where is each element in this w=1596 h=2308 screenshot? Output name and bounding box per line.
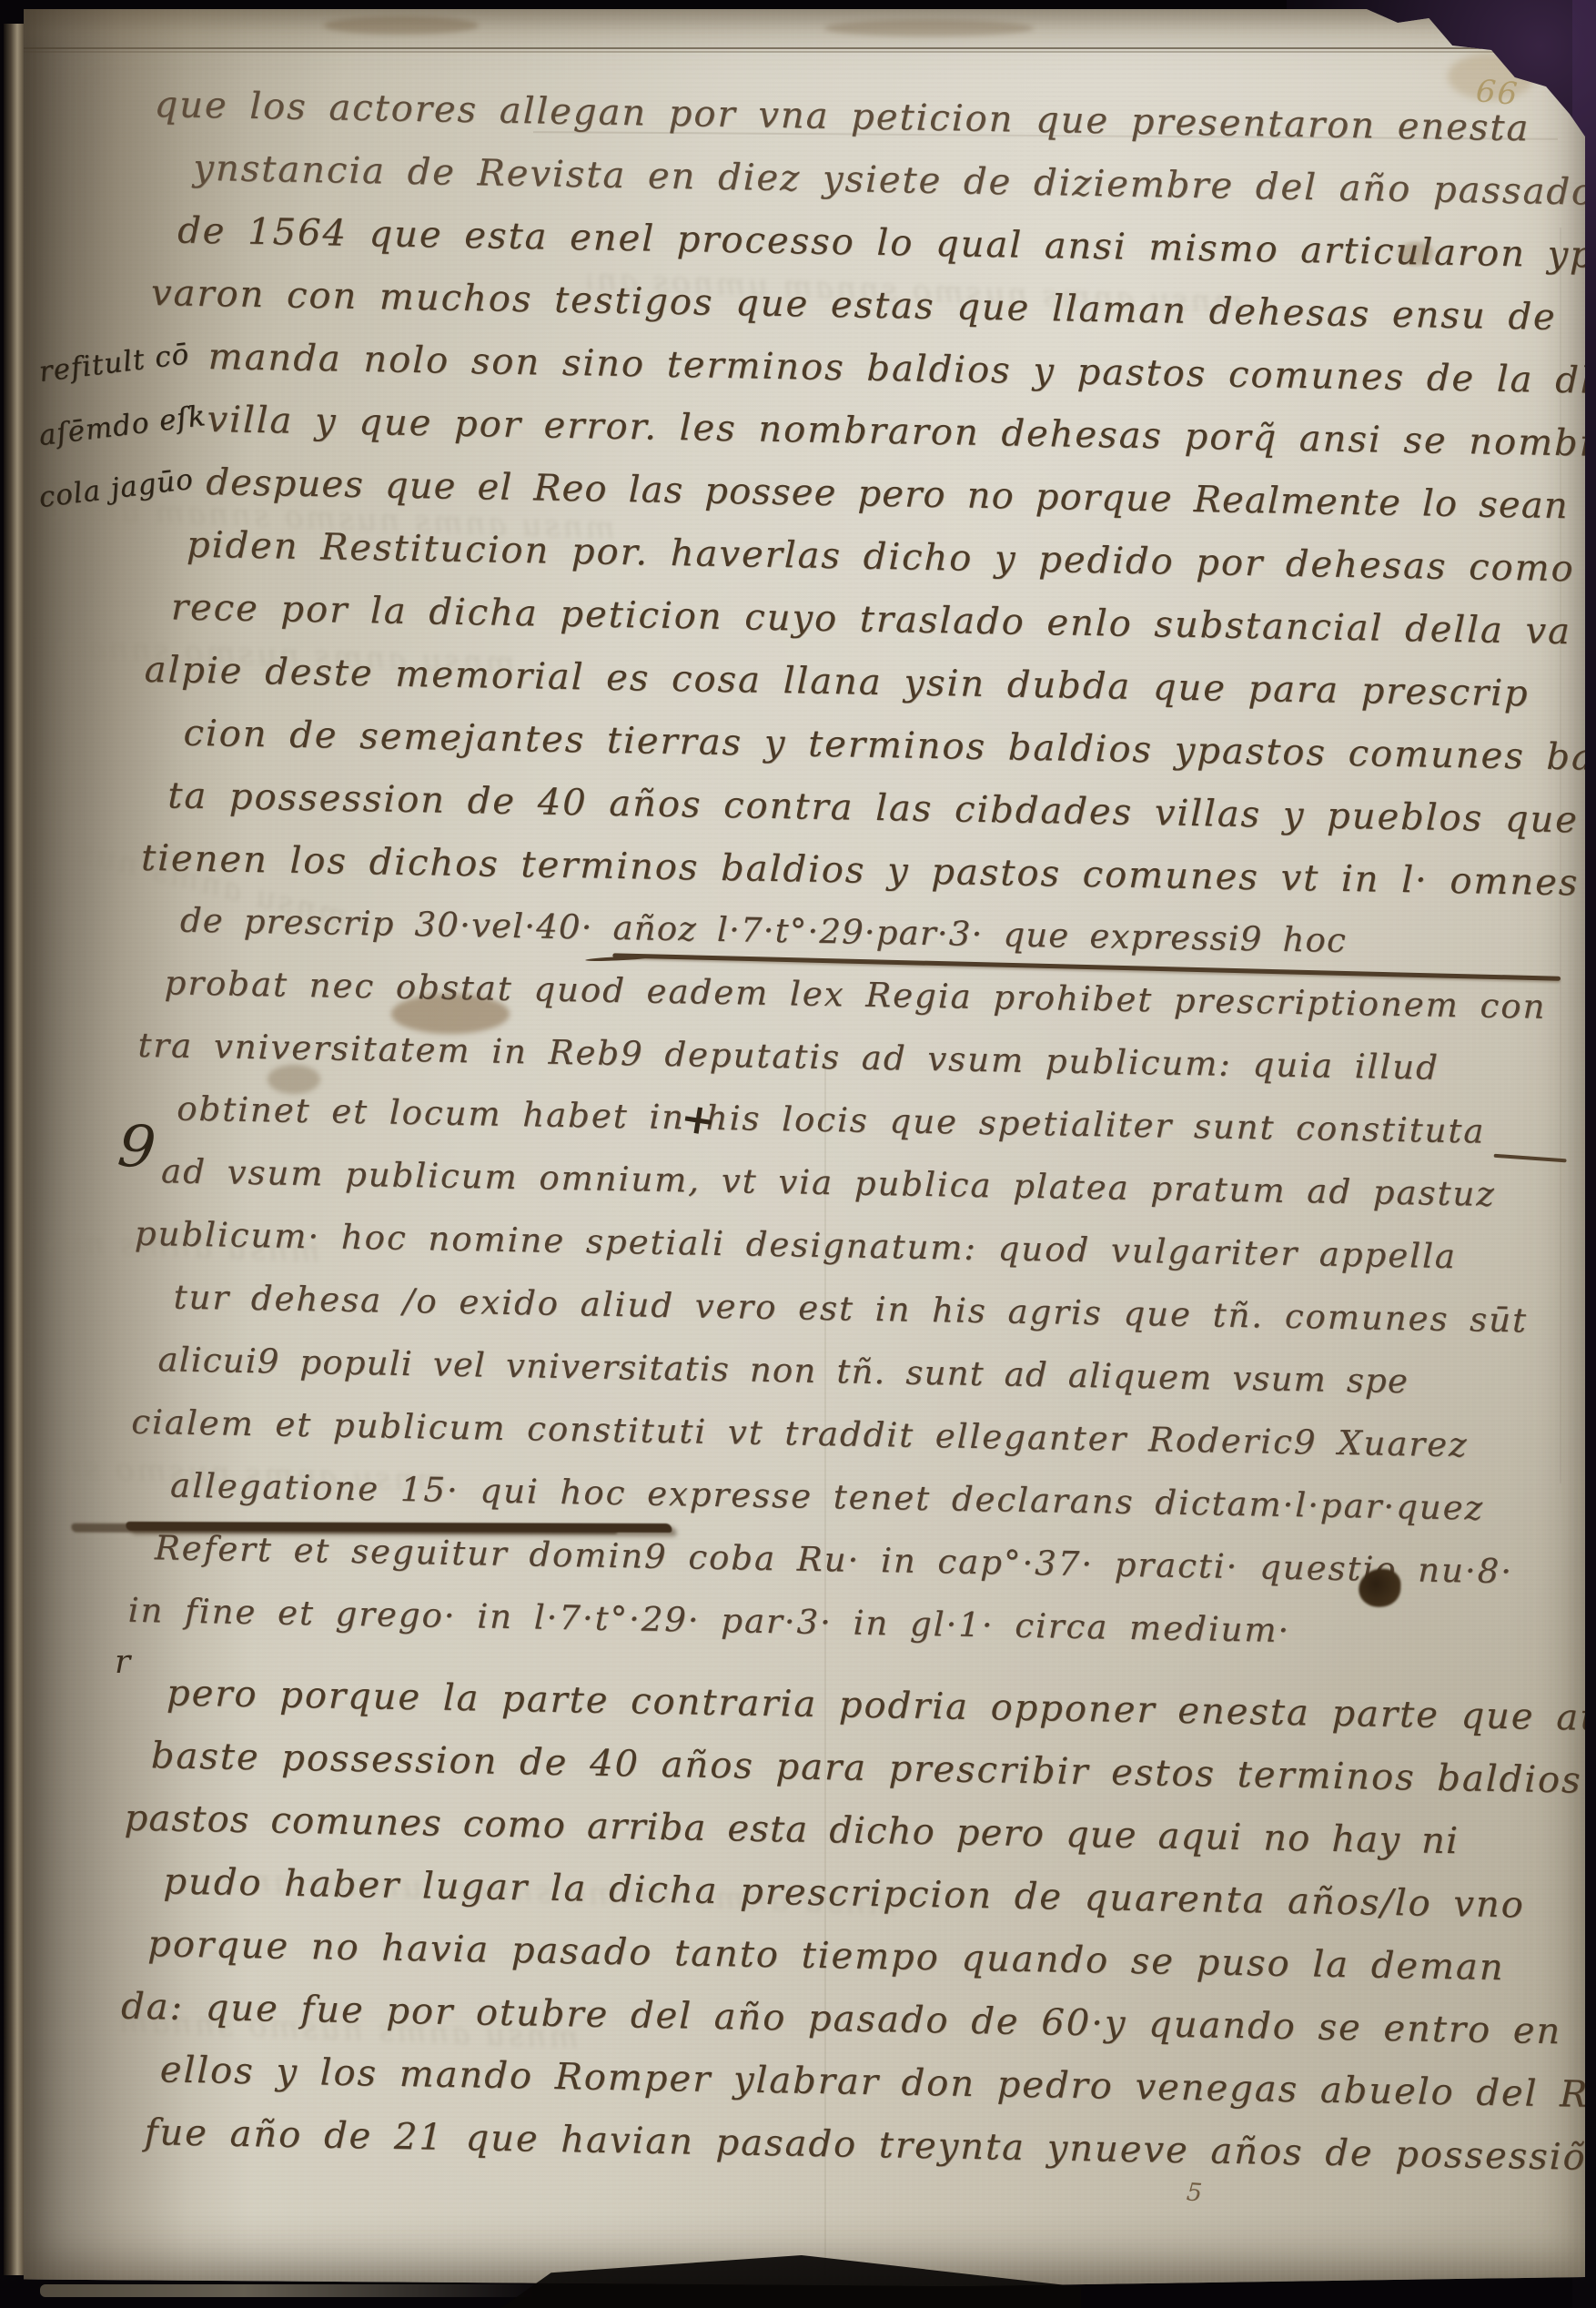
top-fold-band <box>24 9 1585 49</box>
edge-stain <box>824 20 1034 36</box>
edge-stain <box>324 16 479 35</box>
ink-blot <box>1359 1568 1401 1607</box>
manuscript-scan: mnsu anms nusmo snnam umnos annsm musno … <box>0 0 1596 2308</box>
manuscript-text-block: que los actores allegan por vna peticion… <box>118 84 1592 2199</box>
allegatione-underline <box>126 1522 672 1533</box>
manuscript-page: mnsu anms nusmo snnam umnos annsm musno … <box>24 9 1585 2286</box>
underlying-page-edge <box>40 2284 550 2297</box>
